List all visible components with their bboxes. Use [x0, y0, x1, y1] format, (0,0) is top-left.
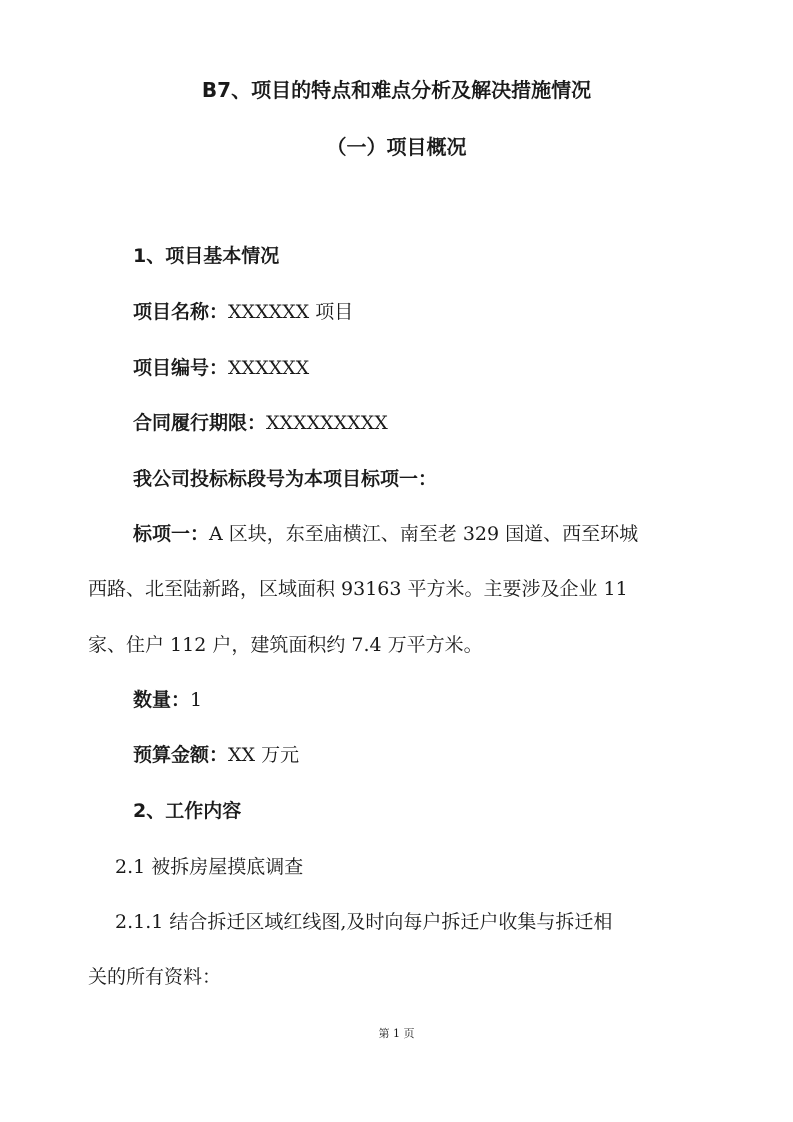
- field-value: XX 万元: [228, 744, 299, 766]
- subheading-2-1: 2.1 被拆房屋摸底调查: [115, 855, 303, 879]
- field-label: 项目名称：: [133, 301, 228, 323]
- field-label: 数量：: [133, 689, 190, 711]
- field-value: XXXXXX 项目: [228, 301, 353, 323]
- field-contract-period: 合同履行期限：XXXXXXXXX: [133, 411, 388, 435]
- field-label: 项目编号：: [133, 357, 228, 379]
- bid-item-label: 标项一：: [133, 523, 209, 545]
- field-value: 1: [190, 689, 202, 711]
- bid-item-text: A 区块，东至庙横江、南至老 329 国道、西至环城: [209, 523, 638, 545]
- document-title: B7、项目的特点和难点分析及解决措施情况: [0, 78, 793, 102]
- paragraph-2-1-1-line-2: 关的所有资料：: [88, 965, 221, 989]
- section-title: （一）项目概况: [0, 135, 793, 159]
- field-value: XXXXXX: [228, 357, 309, 379]
- field-project-name: 项目名称：XXXXXX 项目: [133, 300, 353, 324]
- page-number: 第 1 页: [0, 1027, 793, 1041]
- field-label: 合同履行期限：: [133, 412, 266, 434]
- paragraph-2-1-1-line-1: 2.1.1 结合拆迁区域红线图,及时向每户拆迁户收集与拆迁相: [115, 910, 612, 934]
- bid-item-line-3: 家、住户 112 户，建筑面积约 7.4 万平方米。: [88, 633, 483, 657]
- heading-work-content: 2、工作内容: [133, 799, 241, 823]
- bid-item-line-2: 西路、北至陆新路，区域面积 93163 平方米。主要涉及企业 11: [88, 577, 628, 601]
- field-budget: 预算金额：XX 万元: [133, 743, 299, 767]
- field-label: 预算金额：: [133, 744, 228, 766]
- field-value: XXXXXXXXX: [266, 412, 388, 434]
- field-quantity: 数量：1: [133, 688, 202, 712]
- field-project-number: 项目编号：XXXXXX: [133, 356, 309, 380]
- bid-item-line-1: 标项一：A 区块，东至庙横江、南至老 329 国道、西至环城: [133, 522, 638, 546]
- heading-project-basics: 1、项目基本情况: [133, 244, 279, 268]
- bid-section-intro: 我公司投标标段号为本项目标项一：: [133, 467, 437, 491]
